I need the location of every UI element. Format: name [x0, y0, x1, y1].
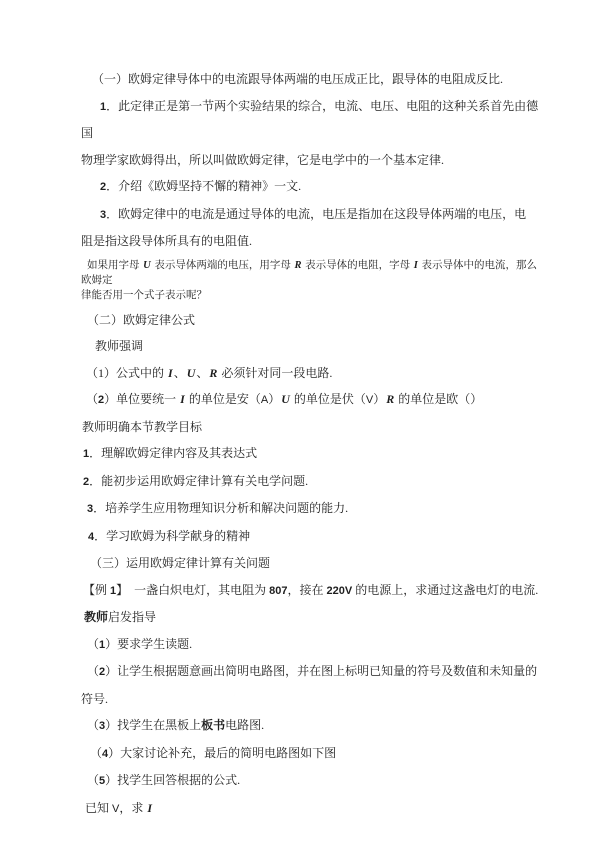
teacher-guidance-heading: 教师启发指导 [81, 604, 543, 631]
emphasis-1: （1）公式中的 I、U、R 必须针对同一段电路. [81, 360, 543, 387]
text-run: ）找学生在黑板上 [105, 718, 201, 732]
text-run: 220V [327, 585, 353, 597]
text-run: 的电源上，求通过这盏电灯的电流. [352, 583, 538, 597]
text-run: 表示导体的电阻，字母 [302, 260, 412, 271]
lead-in-question: 如果用字母 U 表示导体两端的电压，用字母 R 表示导体的电阻，字母 I 表示导… [81, 258, 543, 303]
text-run: ）让学生根据题意画出简明电路图，并在图上标明已知量的符号及数值和未知量的 符号. [81, 664, 537, 706]
text-run: ．此定律正是第一节两个实验结果的综合，电流、电压、电阻的这种关系首先由德国 物理… [81, 99, 538, 167]
text-run: （ [86, 392, 98, 406]
text-run: ．能初步运用欧姆定律计算有关电学问题. [89, 474, 308, 488]
known-sought-line: 已知 V，求 I [81, 795, 543, 823]
guidance-4: （4）大家讨论补充，最后的简明电路图如下图 [81, 740, 543, 768]
text-run: ）大家讨论补充，最后的简明电路图如下图 [108, 746, 336, 760]
text-run: 807 [269, 585, 287, 597]
text-run: 、 [196, 366, 208, 380]
goal-1: 1．理解欧姆定律内容及其表达式 [81, 440, 543, 468]
goal-4: 4．学习欧姆为科学献身的精神 [81, 523, 543, 551]
text-run: 的单位是欧（） [395, 392, 482, 406]
teaching-goals-heading: 教师明确本节教学目标 [81, 414, 543, 441]
note-2: 2．介绍《欧姆坚持不懈的精神》一文. [81, 173, 543, 201]
text-run: ．学习欧姆为科学献身的精神 [94, 529, 250, 543]
text-run: （ [87, 718, 99, 732]
text-run: 】 一盏白炽电灯，其电阻为 [116, 583, 269, 597]
text-run: R [208, 366, 218, 380]
text-run: （ [87, 773, 99, 787]
text-run: I [146, 801, 153, 815]
text-run: ．理解欧姆定律内容及其表达式 [89, 446, 257, 460]
text-run: U [186, 366, 197, 380]
goal-3: 3．培养学生应用物理知识分析和解决问题的能力. [81, 495, 543, 523]
text-run: 教师 [84, 610, 108, 624]
section-1-statement: （一）欧姆定律导体中的电流跟导体两端的电压成正比，跟导体的电阻成反比. [81, 66, 543, 93]
text-run: 必须针对同一段电路. [218, 366, 332, 380]
text-run: U [280, 392, 291, 406]
text-run: ）找学生回答根据的公式. [105, 773, 240, 787]
text-run: ） [373, 392, 385, 406]
text-run: 【例 [83, 583, 110, 597]
text-run: ．欧姆定律中的电流是通过导体的电流，电压是指加在这段导体两端的电压，电 阻是指这… [81, 207, 526, 249]
text-run: 的单位是伏（ [291, 392, 366, 406]
text-run: 如果用字母 [87, 260, 142, 271]
guidance-5: （5）找学生回答根据的公式. [81, 767, 543, 795]
text-run: 板书 [201, 718, 225, 732]
text-run: 电路图. [225, 718, 264, 732]
emphasis-2: （2）单位要统一 I 的单位是安（A）U 的单位是伏（V）R 的单位是欧（） [81, 386, 543, 414]
text-run: U [142, 260, 152, 271]
text-run: 教师明确本节教学目标 [82, 420, 202, 434]
text-run: （ [87, 637, 99, 651]
text-run: （一）欧姆定律导体中的电流跟导体两端的电压成正比，跟导体的电阻成反比. [92, 72, 503, 86]
text-run: （二）欧姆定律公式 [87, 313, 195, 327]
teacher-emphasis-heading: 教师强调 [81, 333, 543, 360]
text-run: （1）公式中的 [86, 366, 167, 380]
text-run: （ [87, 664, 99, 678]
text-run: 表示导体两端的电压，用字母 [152, 260, 294, 271]
text-run: ）要求学生读题. [105, 637, 192, 651]
text-run: （ [90, 746, 102, 760]
text-run: ，接在 [288, 583, 327, 597]
example-1: 【例 1】 一盏白炽电灯，其电阻为 807，接在 220V 的电源上，求通过这盏… [81, 577, 543, 605]
note-1: 1．此定律正是第一节两个实验结果的综合，电流、电压、电阻的这种关系首先由德国 物… [81, 93, 543, 174]
text-run: I [167, 366, 174, 380]
goal-2: 2．能初步运用欧姆定律计算有关电学问题. [81, 468, 543, 496]
text-run: R [385, 392, 395, 406]
guidance-2: （2）让学生根据题意画出简明电路图，并在图上标明已知量的符号及数值和未知量的 符… [81, 658, 543, 712]
text-run: ．介绍《欧姆坚持不懈的精神》一文. [106, 179, 301, 193]
text-run: ．培养学生应用物理知识分析和解决问题的能力. [93, 501, 348, 515]
section-3-heading: （三）运用欧姆定律计算有关问题 [81, 550, 543, 577]
text-run: I [179, 392, 186, 406]
text-run: 教师强调 [95, 339, 143, 353]
document-body: （一）欧姆定律导体中的电流跟导体两端的电压成正比，跟导体的电阻成反比.1．此定律… [81, 66, 543, 822]
text-run: ，求 [119, 801, 146, 815]
text-run: （三）运用欧姆定律计算有关问题 [90, 556, 270, 570]
text-run: 的单位是安（ [186, 392, 261, 406]
guidance-1: （1）要求学生读题. [81, 631, 543, 659]
text-run: ）单位要统一 [104, 392, 179, 406]
note-3: 3．欧姆定律中的电流是通过导体的电流，电压是指加在这段导体两端的电压，电 阻是指… [81, 201, 543, 255]
text-run: 启发指导 [108, 610, 156, 624]
section-2-heading: （二）欧姆定律公式 [81, 307, 543, 334]
text-run: 已知 [85, 801, 112, 815]
guidance-3: （3）找学生在黑板上板书电路图. [81, 712, 543, 740]
text-run: 、 [174, 366, 186, 380]
document-page: （一）欧姆定律导体中的电流跟导体两端的电压成正比，跟导体的电阻成反比.1．此定律… [0, 0, 595, 842]
text-run: ） [268, 392, 280, 406]
